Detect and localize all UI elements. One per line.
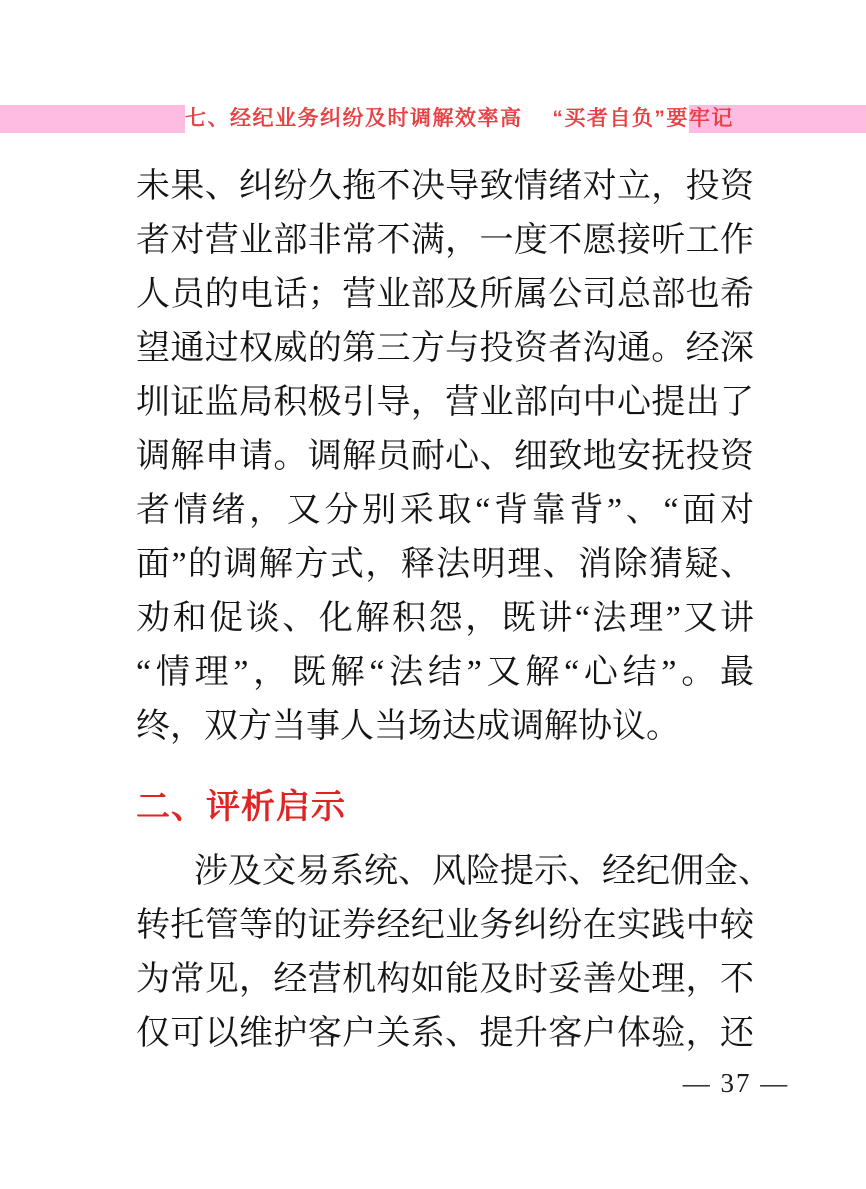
book-page: 七、经纪业务纠纷及时调解效率高 “买者自负”要牢记 未果、纠纷久拖不决导致情绪对… bbox=[0, 0, 866, 1189]
body-line: 者对营业部非常不满，一度不愿接听工作 bbox=[136, 214, 754, 268]
body-line: 转托管等的证券经纪业务纠纷在实践中较 bbox=[136, 899, 754, 953]
body-line: 终，双方当事人当场达成调解协议。 bbox=[136, 700, 754, 754]
body-line: 未果、纠纷久拖不决导致情绪对立，投资 bbox=[136, 160, 754, 214]
section-heading: 二、评析启示 bbox=[136, 780, 346, 834]
body-line: 人员的电话；营业部及所属公司总部也希 bbox=[136, 268, 754, 322]
body-line: 者情绪，又分别采取“背靠背”、“面对 bbox=[136, 484, 754, 538]
body-line: 调解申请。调解员耐心、细致地安抚投资 bbox=[136, 430, 754, 484]
body-line: 劝和促谈、化解积怨，既讲“法理”又讲 bbox=[136, 592, 754, 646]
body-line: 涉及交易系统、风险提示、经纪佣金、 bbox=[136, 845, 754, 899]
body-line: 圳证监局积极引导，营业部向中心提出了 bbox=[136, 376, 754, 430]
body-line: 望通过权威的第三方与投资者沟通。经深 bbox=[136, 322, 754, 376]
body-line: 面”的调解方式，释法明理、消除猜疑、 bbox=[136, 538, 754, 592]
body-line: “情理”，既解“法结”又解“心结”。最 bbox=[136, 646, 754, 700]
running-header-title: 七、经纪业务纠纷及时调解效率高 “买者自负”要牢记 bbox=[185, 105, 689, 133]
body-line: 仅可以维护客户关系、提升客户体验，还 bbox=[136, 1007, 754, 1061]
body-line: 为常见，经营机构如能及时妥善处理，不 bbox=[136, 953, 754, 1007]
paragraph-case-mediation: 未果、纠纷久拖不决导致情绪对立，投资 者对营业部非常不满，一度不愿接听工作 人员… bbox=[136, 160, 754, 754]
page-number: — 37 — bbox=[620, 1063, 852, 1103]
paragraph-analysis-intro: 涉及交易系统、风险提示、经纪佣金、 转托管等的证券经纪业务纠纷在实践中较 为常见… bbox=[136, 845, 754, 1061]
running-header: 七、经纪业务纠纷及时调解效率高 “买者自负”要牢记 bbox=[0, 105, 866, 133]
header-band-left bbox=[0, 105, 185, 133]
